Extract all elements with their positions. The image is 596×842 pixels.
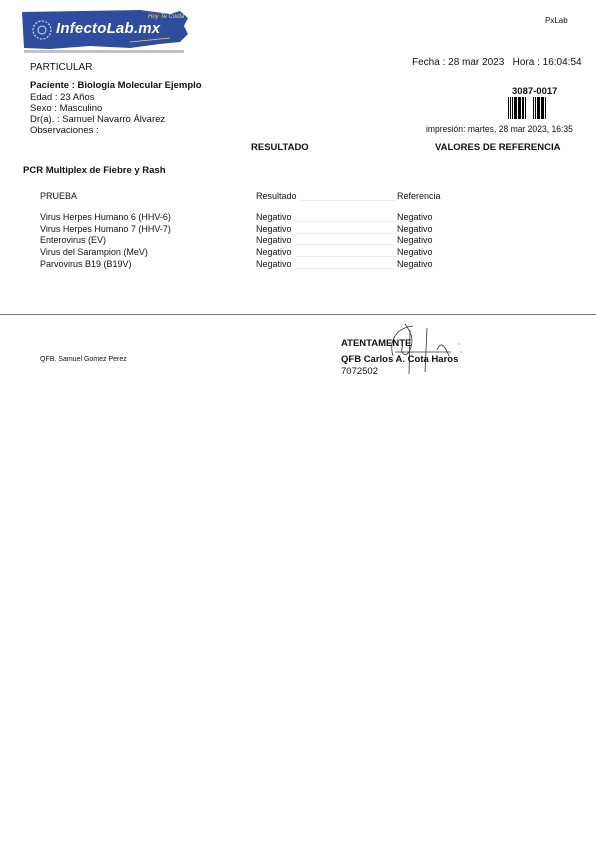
test-result: Negativo [256,212,292,222]
left-signer: QFB. Samuel Gomez Perez [40,356,127,363]
signature-image [385,322,475,377]
client-type: PARTICULAR [30,62,92,73]
table-row: Virus Herpes Humano 6 (HHV-6)NegativoNeg… [0,212,596,224]
test-reference: Negativo [397,259,433,269]
patient-observations: Observaciones : [30,125,99,136]
test-name: Virus del Sarampion (MeV) [40,247,148,257]
footer-divider [0,314,596,315]
row-underline [296,256,396,257]
table-row: Virus Herpes Humano 7 (HHV-7)NegativoNeg… [0,224,596,236]
row-underline [296,244,396,245]
row-underline [296,268,396,269]
test-name: Virus Herpes Humano 7 (HHV-7) [40,224,171,234]
test-name: Virus Herpes Humano 6 (HHV-6) [40,212,171,222]
print-date: impresión: martes, 28 mar 2023, 16:35 [426,124,573,134]
test-name: Parvovirus B19 (B19V) [40,259,132,269]
column-header-referencia: Referencia [397,191,441,201]
logo-tagline: Hoy Te Cuida [148,14,184,20]
table-row: Virus del Sarampion (MeV)NegativoNegativ… [0,247,596,259]
barcode [508,97,562,119]
table-row: Parvovirus B19 (B19V)NegativoNegativo [0,259,596,271]
signer-name: QFB Carlos A. Cota Haros [341,354,458,365]
test-result: Negativo [256,247,292,257]
logo-address-line [24,50,184,53]
logo-text: InfectoLab.mx [56,20,160,37]
test-reference: Negativo [397,212,433,222]
folio-number: 3087-0017 [512,86,557,97]
patient-name: Paciente : Biologia Molecular Ejemplo [30,80,202,91]
row-underline [296,233,396,234]
patient-age: Edad : 23 Años [30,92,94,103]
test-reference: Negativo [397,247,433,257]
test-result: Negativo [256,259,292,269]
hora: Hora : 16:04:54 [513,57,582,68]
column-divider [300,200,396,201]
study-title: PCR Multiplex de Fiebre y Rash [23,165,166,176]
patient-doctor: Dr(a). : Samuel Navarro Álvarez [30,114,165,125]
test-result: Negativo [256,235,292,245]
brand-label: PxLab [545,16,568,25]
test-reference: Negativo [397,224,433,234]
table-row: Enterovirus (EV)NegativoNegativo [0,235,596,247]
row-underline [296,221,396,222]
atentamente-label: ATENTAMENTE [341,338,411,349]
valores-referencia-heading: VALORES DE REFERENCIA [435,142,560,153]
column-header-prueba: PRUEBA [40,191,77,201]
test-name: Enterovirus (EV) [40,235,106,245]
signer-license: 7072502 [341,366,378,377]
date-time: Fecha : 28 mar 2023 Hora : 16:04:54 [412,57,582,68]
fecha: Fecha : 28 mar 2023 [412,57,504,68]
patient-sex: Sexo : Masculino [30,103,102,114]
resultado-heading: RESULTADO [251,142,309,153]
test-reference: Negativo [397,235,433,245]
column-header-resultado: Resultado [256,191,297,201]
test-result: Negativo [256,224,292,234]
